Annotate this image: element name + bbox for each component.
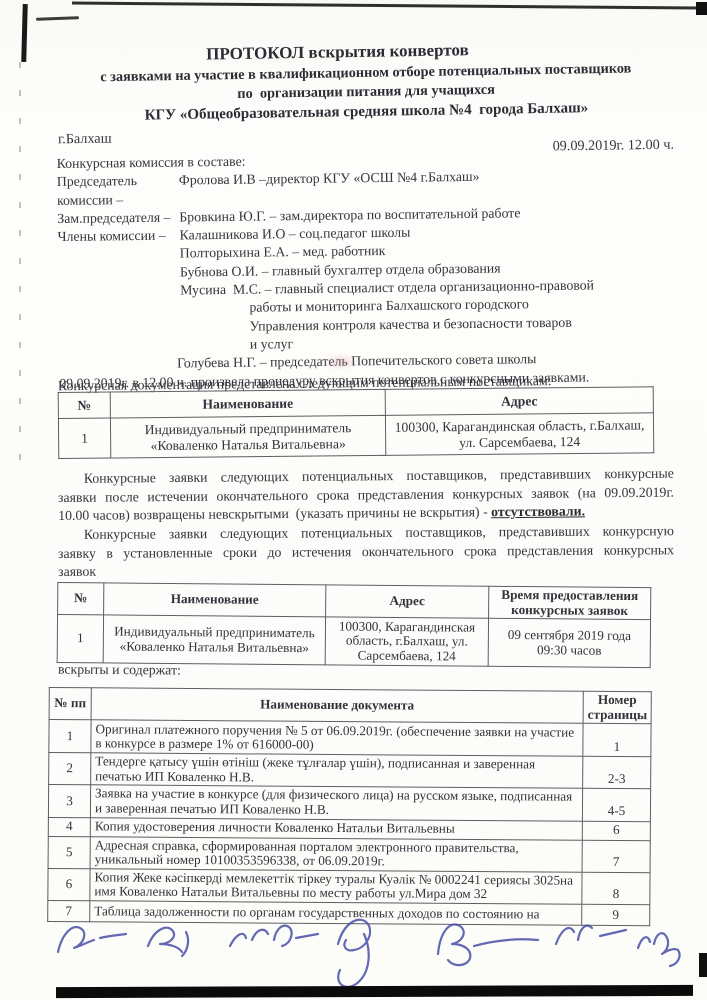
cell-document-name: Копия Жеке кәсіпкерді мемлекеттік тіркеу… [90,869,582,905]
submitted-bids-table: № Наименование Адрес Время предоставлени… [57,582,651,668]
scanned-protocol-page: ПРОТОКОЛ вскрытия конвертов с заявками н… [0,0,707,1000]
commission-member: Мусина М.С. – главный специалист отдела … [180,278,594,298]
signature-4 [338,920,370,987]
submitted-bids-table-grid: № Наименование Адрес Время предоставлени… [57,582,652,668]
commission-role: Зам.председателя – [57,208,179,228]
col-name: Наименование [104,583,326,617]
scan-artifact-top-line [72,2,698,9]
commission-role: Члены комиссии – [57,227,179,247]
opened-contents-line: вскрыты и содержат: [58,662,674,683]
cell-page-number: 7 [582,840,650,873]
paragraph-line: заявку в установленные сроки до истечени… [58,541,674,563]
signature-7 [638,933,680,966]
table-row: 1 Индивидуальный предприниматель «Ковале… [58,413,653,459]
cell-name: Индивидуальный предприниматель «Коваленк… [103,615,325,665]
commission-member-continuation: Управления контроля качества и безопасно… [250,314,572,333]
cell-page-number: 2-3 [583,756,651,789]
commission-member: Полторыхина Е.А. – мед. работник [180,243,386,261]
commission-role: Председатель комиссии – [57,172,179,210]
col-address: Адрес [326,585,489,619]
cell-name: Индивидуальный предприниматель «Коваленк… [110,415,385,458]
signature-5 [438,924,538,965]
table-row: 3 Заявка на участие в конкурсе (для физи… [48,785,650,821]
paragraph-line: заявок [58,559,674,581]
cell-row-number: 5 [48,836,90,868]
scan-artifact-left-dotted-edge [19,62,21,462]
commission-member: Фролова И.В –директор КГУ «ОСШ №4 г.Балх… [179,169,480,188]
table-row: 1 Оригинал платежного поручения № 5 от 0… [49,720,651,757]
scan-artifact-left-dash [36,16,79,20]
col-row-number: № пп [49,688,91,720]
suppliers-table: № Наименование Адрес 1 Индивидуальный пр… [58,386,654,459]
absent-emphasis: отсутствовали. [491,503,585,519]
col-submission-time: Время предоставления конкурсных заявок [489,586,651,620]
commission-block: Конкурсная комиссия в составе: Председат… [57,147,676,392]
cell-row-number: 3 [48,785,90,817]
cell-document-name: Адресная справка, сформированная портало… [90,836,582,872]
paragraph-submitted-bids: Конкурсные заявки следующих потенциальны… [58,522,674,581]
signature-1 [58,927,126,952]
scan-artifact-bottom-bar [56,985,693,998]
commission-member: Бровкина Ю.Г. – зам.директора по воспита… [179,205,520,224]
col-address: Адрес [385,387,653,416]
col-name: Наименование [110,389,385,418]
cell-page-number: 4-5 [582,789,650,822]
commission-member-continuation: и услуг [250,336,293,352]
paragraph-text: 10.00 часов) возвращены невскрытыми (ука… [58,504,491,523]
commission-member-continuation: работы и мониторинга Балхашского городск… [249,297,529,315]
signature-3 [230,926,318,946]
title-block: ПРОТОКОЛ вскрытия конвертов с заявками н… [57,36,674,127]
scan-artifact-pink-smudge [323,354,359,370]
documents-table: № пп Наименование документа Номер страни… [47,687,651,926]
table-header-row: № пп Наименование документа Номер страни… [49,688,651,724]
table-row: 2 Тендерге қатысу үшін өтініш (жеке тұлғ… [49,753,651,789]
cell-document-name: Тендерге қатысу үшін өтініш (жеке тұлғал… [91,753,583,789]
cell-number: 1 [58,418,110,458]
cell-address: 100300, Карагандинская область, г.Балхаш… [325,617,488,666]
cell-address: 100300, Карагандинская область, г.Балхаш… [385,413,653,456]
suppliers-table-grid: № Наименование Адрес 1 Индивидуальный пр… [58,386,655,459]
cell-row-number: 6 [48,868,90,900]
cell-page-number: 6 [582,821,650,840]
paragraph-returned-bids: Конкурсные заявки следующих потенциальны… [58,465,674,526]
cell-number: 1 [57,615,103,663]
signature-6 [556,926,626,944]
cell-page-number: 1 [583,723,651,756]
table-row: 1 Индивидуальный предприниматель «Ковале… [57,615,650,668]
documents-table-grid: № пп Наименование документа Номер страни… [47,687,652,926]
commission-member: Бубнова О.И. – главный бухгалтер отдела … [180,260,501,279]
signature-2 [148,928,188,956]
cell-document-name: Оригинал платежного поручения № 5 от 06.… [91,720,583,756]
col-page-number: Номер страницы [583,691,651,724]
cell-submission-time: 09 сентября 2019 года 09:30 часов [488,618,650,667]
col-number: № [58,392,110,418]
cell-document-name: Заявка на участие в конкурсе (для физиче… [90,785,582,821]
cell-row-number: 2 [49,753,91,785]
scan-artifact-right-edge-mark [699,953,707,977]
cell-row-number: 1 [49,720,91,753]
col-document-name: Наименование документа [91,688,583,724]
col-number: № [58,583,104,616]
table-row: 5 Адресная справка, сформированная порта… [48,836,650,872]
scan-artifact-top-right-square [696,2,707,15]
cell-row-number: 4 [48,817,90,836]
table-header-row: № Наименование Адрес Время предоставлени… [58,583,651,620]
commission-member: Калашникова И.О – соц.педагог школы [179,225,410,243]
scan-artifact-left-edge-bar [21,4,28,62]
